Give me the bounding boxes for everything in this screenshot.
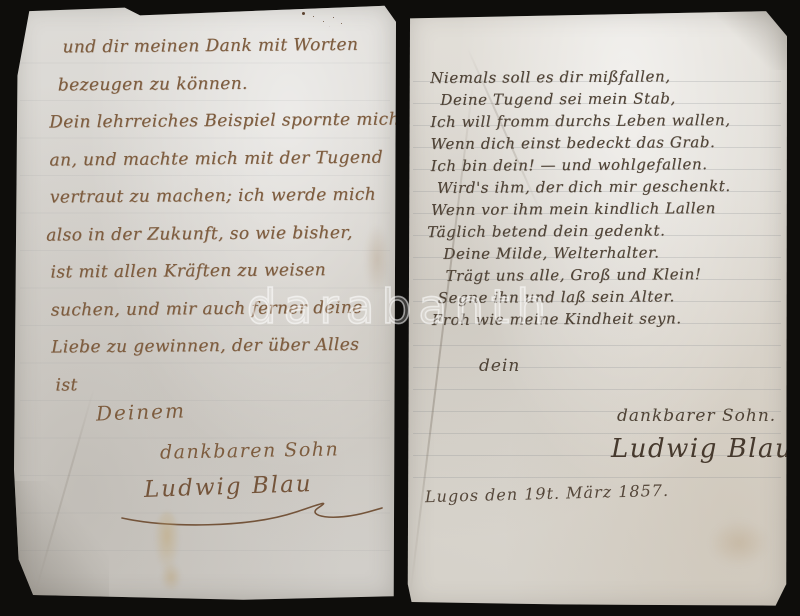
poem-line: Wenn vor ihm mein kindlich Lallen (431, 197, 731, 221)
poem-line: Froh wie meine Kindheit seyn. (432, 307, 732, 331)
poem-line: Deine Tugend sei mein Stab, (440, 87, 730, 111)
handwritten-line: bezeugen zu können. (58, 64, 396, 104)
right-closing-role: dankbarer Sohn. (617, 406, 776, 426)
ink-specks (302, 12, 305, 15)
left-closing-role: dankbaren Sohn (160, 438, 340, 463)
photo-background: und dir meinen Dank mit Worten bezeugen … (0, 0, 800, 616)
right-signature: Ludwig Blau. (611, 434, 787, 464)
left-letter-page: und dir meinen Dank mit Worten bezeugen … (14, 4, 396, 601)
poem-line: Ich bin dein! — und wohlgefallen. (431, 153, 731, 177)
handwritten-line: vertraut zu machen; ich werde mich (50, 176, 396, 217)
poem-line: Deine Milde, Welterhalter. (443, 241, 731, 265)
handwritten-line: Dein lehrreiches Beispiel spornte mich (49, 101, 396, 142)
poem-line: Täglich betend dein gedenkt. (427, 219, 731, 243)
handwritten-line: suchen, und mir auch ferner deine (51, 289, 396, 330)
left-closing-salutation: Deinem (96, 398, 187, 425)
left-letter-body: und dir meinen Dank mit Worten bezeugen … (48, 26, 396, 404)
poem-body: Niemals soll es dir mißfallen, Deine Tug… (430, 65, 732, 331)
handwritten-line: und dir meinen Dank mit Worten (62, 26, 396, 66)
signature-flourish (118, 498, 386, 526)
handwritten-line: ist mit allen Kräften zu weisen (50, 251, 396, 292)
handwritten-line: ist (55, 364, 396, 405)
right-closing-salutation: dein (479, 356, 520, 376)
handwritten-line: Liebe zu gewinnen, der über Alles (51, 326, 396, 367)
poem-line: Ich will fromm durchs Leben wallen, (430, 109, 730, 133)
poem-line: Trägt uns alle, Groß und Klein! (445, 263, 731, 287)
corner-fold-shadow (717, 10, 787, 70)
poem-line: Wenn dich einst bedeckt das Grab. (431, 131, 731, 155)
right-letter-page: Niemals soll es dir mißfallen, Deine Tug… (407, 10, 787, 608)
poem-line: Wird's ihm, der dich mir geschenkt. (437, 175, 731, 199)
poem-line: Niemals soll es dir mißfallen, (430, 65, 730, 89)
poem-line: Segne ihn und laß sein Alter. (438, 285, 732, 309)
dateline: Lugos den 19t. März 1857. (425, 481, 669, 506)
handwritten-line: also in der Zukunft, so wie bisher, (46, 214, 396, 255)
corner-fold-shadow (14, 481, 109, 601)
stain (160, 562, 182, 592)
handwritten-line: an, und machte mich mit der Tugend (49, 139, 396, 180)
stain (709, 520, 769, 566)
paper-crease (35, 388, 95, 590)
